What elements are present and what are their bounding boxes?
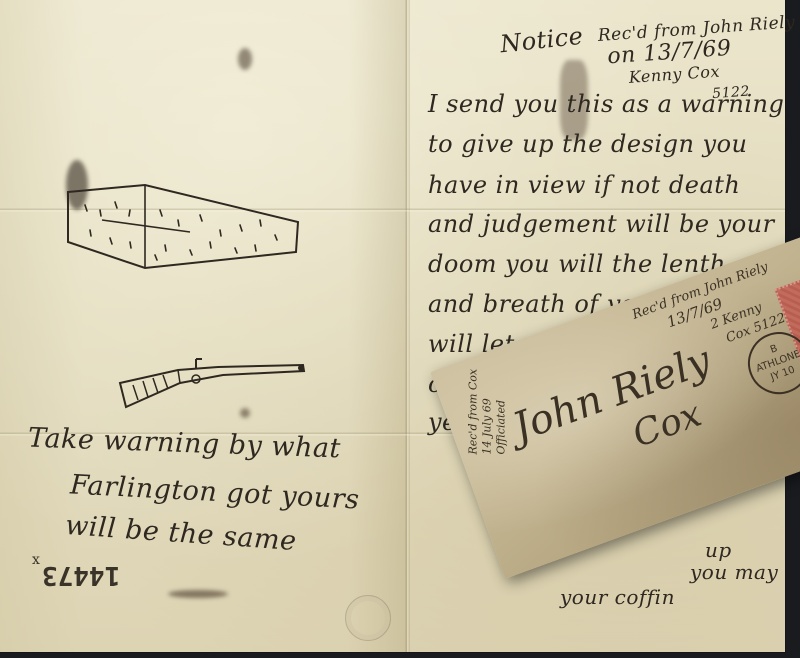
gun-drawing-icon — [118, 355, 308, 410]
vertical-fold — [405, 0, 409, 652]
ink-smudge — [168, 590, 228, 598]
archive-number: 14473 — [42, 560, 120, 590]
envelope-side-line: Officiated — [494, 369, 508, 455]
body-tail-line: up — [705, 538, 732, 562]
coffin-drawing-icon — [60, 180, 305, 270]
body-line: to give up the design you — [428, 130, 748, 158]
embossed-seal-icon — [345, 595, 391, 641]
envelope-side-note: Rec'd from Cox 14 July 69 Officiated — [466, 369, 508, 455]
body-tail-line: you may — [690, 560, 778, 584]
body-line: and judgement will be your — [428, 210, 775, 238]
body-line: I send you this as a warning — [428, 90, 784, 118]
envelope-side-line: Rec'd from Cox — [466, 369, 480, 455]
photo-stage: Notice Rec'd from John Riely on 13/7/69 … — [0, 0, 800, 658]
letter-left-panel — [0, 0, 410, 652]
envelope-side-line: 14 July 69 — [480, 369, 494, 455]
body-tail-line: your coffin — [560, 585, 675, 609]
letter-heading: Notice — [499, 22, 585, 59]
body-line: have in view if not death — [428, 171, 740, 199]
archive-mark: x — [32, 552, 40, 568]
ink-stain — [238, 48, 252, 70]
body-line: doom you will the lenth — [428, 250, 726, 278]
